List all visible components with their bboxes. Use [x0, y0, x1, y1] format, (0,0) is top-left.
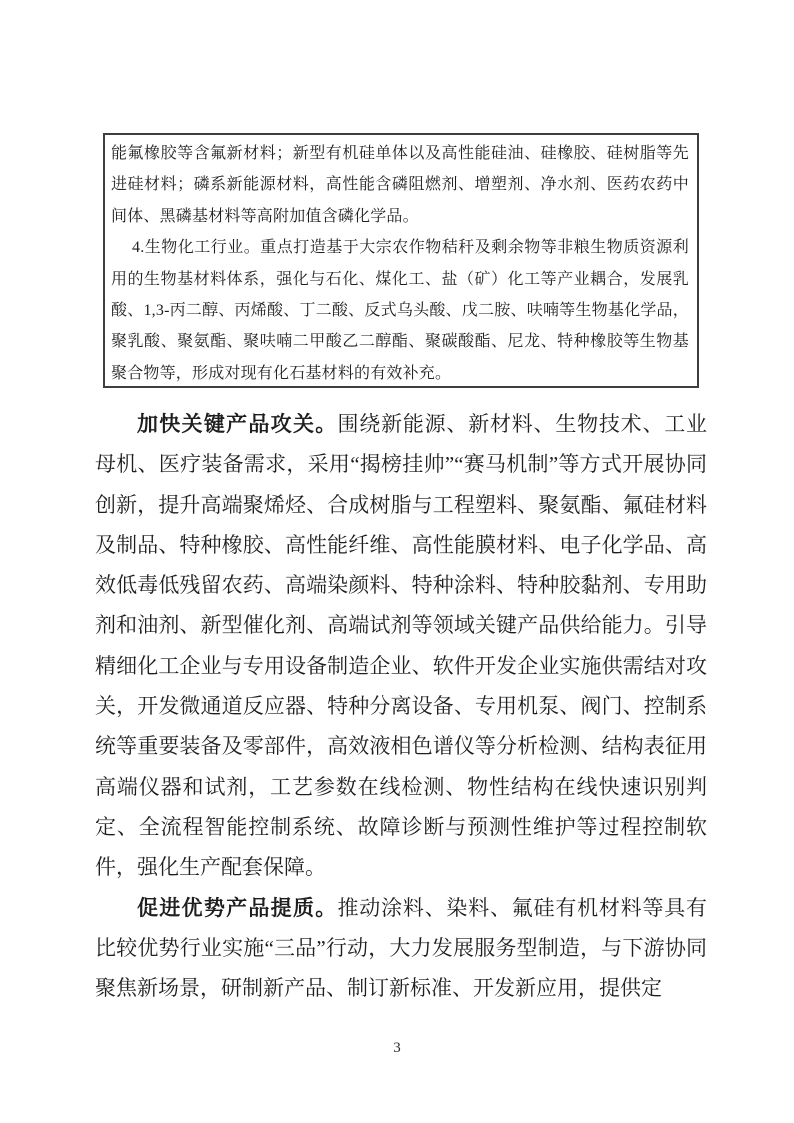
box-paragraph-fluorine-silicon-phosphorus: 能氟橡胶等含氟新材料；新型有机硅单体以及高性能硅油、硅橡胶、硅树脂等先进硅材料；…	[111, 138, 689, 232]
paragraph-lead-advantage-product-quality: 促进优势产品提质。	[137, 896, 338, 920]
paragraph-lead-key-product-breakthrough: 加快关键产品攻关。	[137, 412, 338, 436]
paragraph-key-product-breakthrough: 加快关键产品攻关。围绕新能源、新材料、生物技术、工业母机、医疗装备需求，采用“揭…	[95, 404, 707, 888]
paragraph-text-key-product-breakthrough: 围绕新能源、新材料、生物技术、工业母机、医疗装备需求，采用“揭榜挂帅”“赛马机制…	[95, 412, 707, 879]
paragraph-advantage-product-quality: 促进优势产品提质。推动涂料、染料、氟硅有机材料等具有比较优势行业实施“三品”行动…	[95, 888, 707, 1009]
main-text-block: 加快关键产品攻关。围绕新能源、新材料、生物技术、工业母机、医疗装备需求，采用“揭…	[95, 404, 707, 1008]
page-number: 3	[393, 1040, 401, 1056]
page-footer: 3	[0, 1039, 794, 1057]
document-page: 能氟橡胶等含氟新材料；新型有机硅单体以及高性能硅油、硅橡胶、硅树脂等先进硅材料；…	[0, 0, 794, 1123]
box-paragraph-bio-chemical-industry: 4.生物化工行业。重点打造基于大宗农作物秸秆及剩余物等非粮生物质资源利用的生物基…	[111, 232, 689, 389]
boxed-excerpt-section: 能氟橡胶等含氟新材料；新型有机硅单体以及高性能硅油、硅橡胶、硅树脂等先进硅材料；…	[103, 133, 699, 388]
